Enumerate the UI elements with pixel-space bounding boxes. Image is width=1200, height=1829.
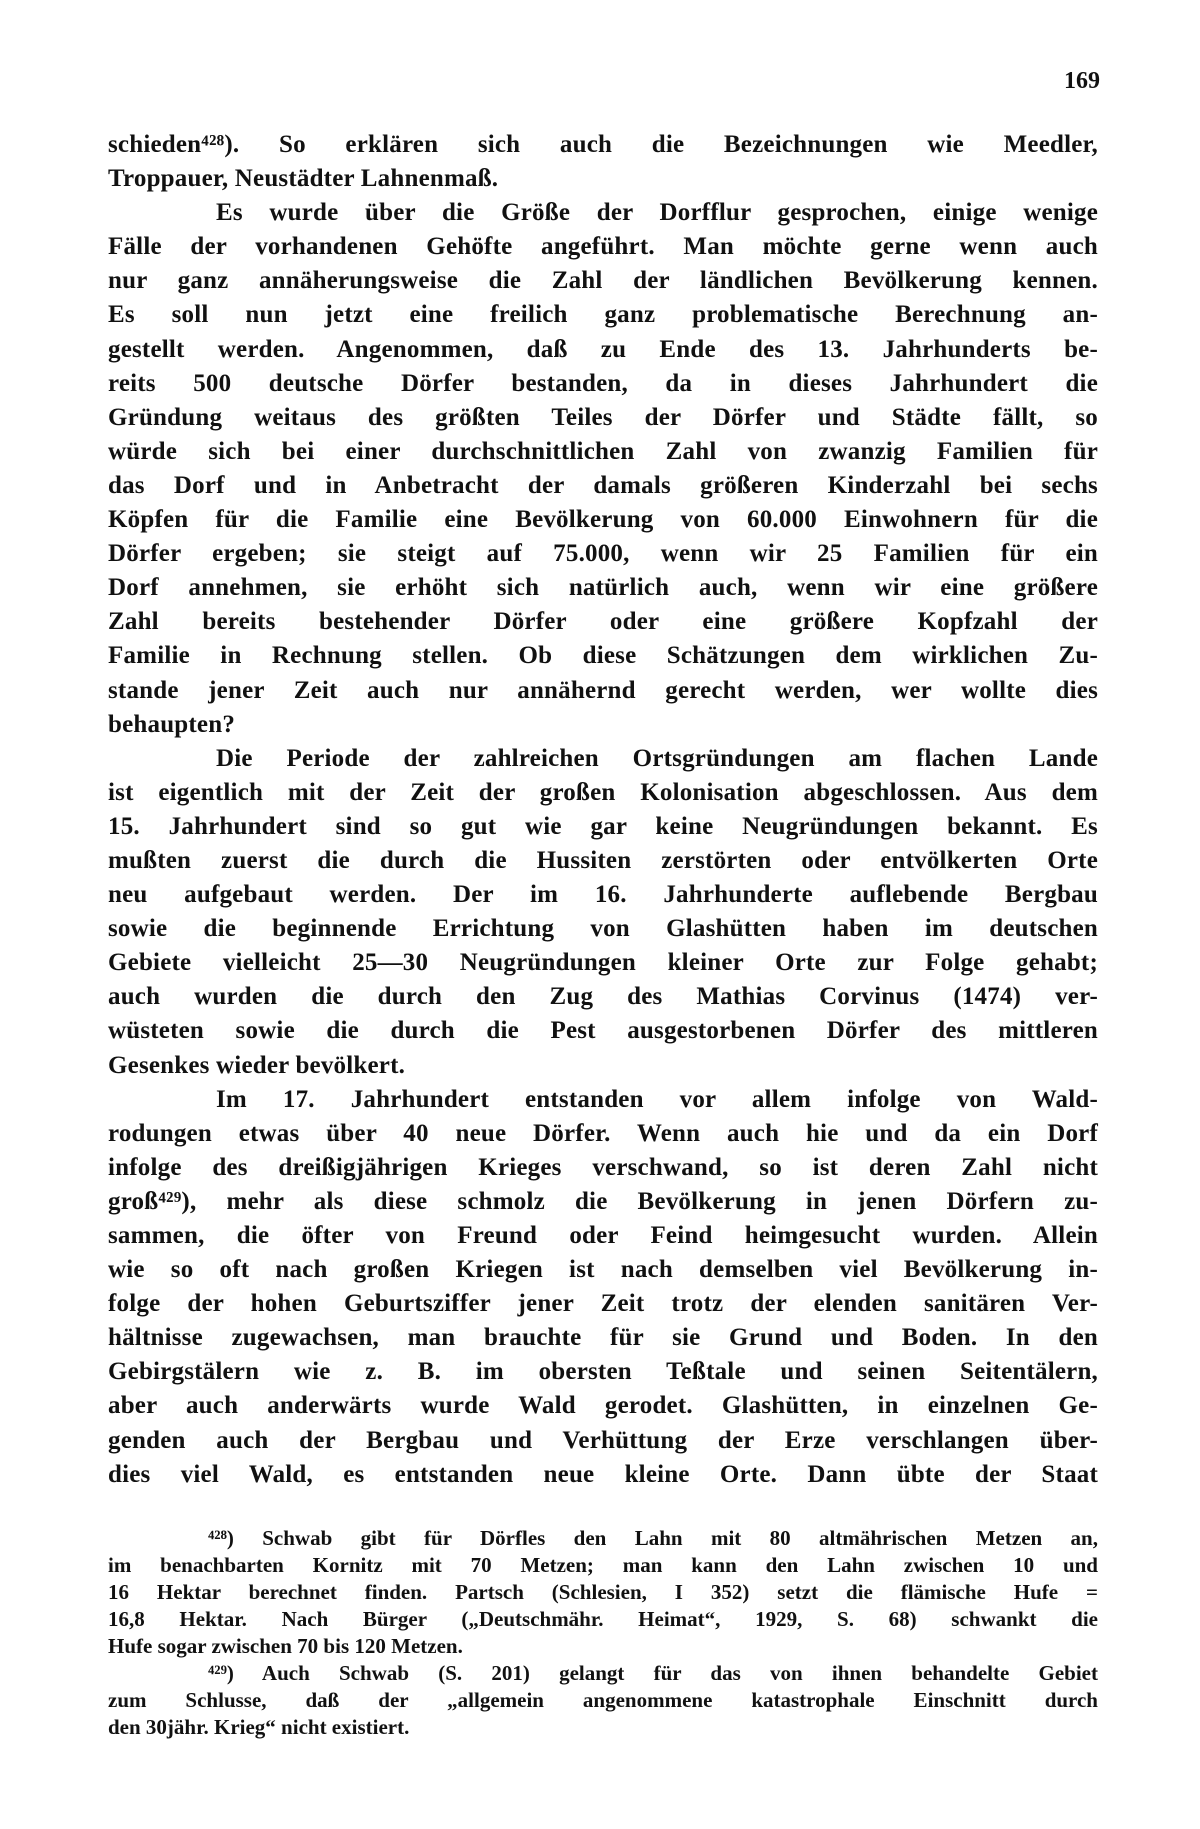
text-line: rodungen etwas über 40 neue Dörfer. Wenn… xyxy=(108,1117,1098,1151)
footnote-line: Hufe sogar zwischen 70 bis 120 Metzen. xyxy=(108,1633,1098,1660)
text-line: wüsteten sowie die durch die Pest ausges… xyxy=(108,1014,1098,1048)
text-line: Zahl bereits bestehender Dörfer oder ein… xyxy=(108,605,1098,639)
footnote-line: 16 Hektar berechnet finden. Partsch (Sch… xyxy=(108,1579,1098,1606)
text-line: genden auch der Bergbau und Verhüttung d… xyxy=(108,1424,1098,1458)
text-line: reits 500 deutsche Dörfer bestanden, da … xyxy=(108,367,1098,401)
footnote-line: ⁴²⁸) Schwab gibt für Dörfles den Lahn mi… xyxy=(108,1525,1098,1552)
footnote-line: zum Schlusse, daß der „allgemein angenom… xyxy=(108,1687,1098,1714)
text-line: Es soll nun jetzt eine freilich ganz pro… xyxy=(108,298,1098,332)
text-line: ist eigentlich mit der Zeit der großen K… xyxy=(108,776,1098,810)
text-line: Köpfen für die Familie eine Bevölkerung … xyxy=(108,503,1098,537)
text-line: das Dorf und in Anbetracht der damals gr… xyxy=(108,469,1098,503)
text-line: Gründung weitaus des größten Teiles der … xyxy=(108,401,1098,435)
footnotes: ⁴²⁸) Schwab gibt für Dörfles den Lahn mi… xyxy=(108,1525,1098,1741)
text-line: Dorf annehmen, sie erhöht sich natürlich… xyxy=(108,571,1098,605)
footnote-428: ⁴²⁸) Schwab gibt für Dörfles den Lahn mi… xyxy=(108,1525,1098,1660)
text-line: schieden⁴²⁸). So erklären sich auch die … xyxy=(108,128,1098,162)
text-line: Die Periode der zahlreichen Ortsgründung… xyxy=(108,742,1098,776)
text-line: folge der hohen Geburtsziffer jener Zeit… xyxy=(108,1287,1098,1321)
text-line: hältnisse zugewachsen, man brauchte für … xyxy=(108,1321,1098,1355)
paragraph: Es wurde über die Größe der Dorfflur ges… xyxy=(108,196,1098,742)
text-line: Es wurde über die Größe der Dorfflur ges… xyxy=(108,196,1098,230)
text-line: infolge des dreißigjährigen Krieges vers… xyxy=(108,1151,1098,1185)
text-line: 15. Jahrhundert sind so gut wie gar kein… xyxy=(108,810,1098,844)
text-line: mußten zuerst die durch die Hussiten zer… xyxy=(108,844,1098,878)
text-line: Troppauer, Neustädter Lahnenmaß. xyxy=(108,162,1098,196)
paragraph: Die Periode der zahlreichen Ortsgründung… xyxy=(108,742,1098,1083)
text-line: stande jener Zeit auch nur annähernd ger… xyxy=(108,674,1098,708)
footnote-line: den 30jähr. Krieg“ nicht existiert. xyxy=(108,1714,1098,1741)
text-line: Dörfer ergeben; sie steigt auf 75.000, w… xyxy=(108,537,1098,571)
text-line: sammen, die öfter von Freund oder Feind … xyxy=(108,1219,1098,1253)
text-line: behaupten? xyxy=(108,708,1098,742)
text-line: Gesenkes wieder bevölkert. xyxy=(108,1049,1098,1083)
text-line: gestellt werden. Angenommen, daß zu Ende… xyxy=(108,333,1098,367)
paragraph: schieden⁴²⁸). So erklären sich auch die … xyxy=(108,128,1098,196)
text-line: Im 17. Jahrhundert entstanden vor allem … xyxy=(108,1083,1098,1117)
text-line: Familie in Rechnung stellen. Ob diese Sc… xyxy=(108,639,1098,673)
text-line: dies viel Wald, es entstanden neue klein… xyxy=(108,1458,1098,1492)
text-line: sowie die beginnende Errichtung von Glas… xyxy=(108,912,1098,946)
page-number: 169 xyxy=(1064,68,1100,95)
text-line: Fälle der vorhandenen Gehöfte angeführt.… xyxy=(108,230,1098,264)
paragraph: Im 17. Jahrhundert entstanden vor allem … xyxy=(108,1083,1098,1492)
text-line: neu aufgebaut werden. Der im 16. Jahrhun… xyxy=(108,878,1098,912)
footnote-429: ⁴²⁹) Auch Schwab (S. 201) gelangt für da… xyxy=(108,1660,1098,1741)
text-line: wie so oft nach großen Kriegen ist nach … xyxy=(108,1253,1098,1287)
body-text: schieden⁴²⁸). So erklären sich auch die … xyxy=(108,128,1098,1492)
text-line: Gebirgstälern wie z. B. im obersten Teßt… xyxy=(108,1355,1098,1389)
text-line: nur ganz annäherungsweise die Zahl der l… xyxy=(108,264,1098,298)
footnote-line: 16,8 Hektar. Nach Bürger („Deutschmähr. … xyxy=(108,1606,1098,1633)
text-line: auch wurden die durch den Zug des Mathia… xyxy=(108,980,1098,1014)
text-line: aber auch anderwärts wurde Wald gerodet.… xyxy=(108,1389,1098,1423)
footnote-line: ⁴²⁹) Auch Schwab (S. 201) gelangt für da… xyxy=(108,1660,1098,1687)
text-line: Gebiete vielleicht 25—30 Neugründungen k… xyxy=(108,946,1098,980)
text-line: groß⁴²⁹), mehr als diese schmolz die Bev… xyxy=(108,1185,1098,1219)
text-line: würde sich bei einer durchschnittlichen … xyxy=(108,435,1098,469)
footnote-line: im benachbarten Kornitz mit 70 Metzen; m… xyxy=(108,1552,1098,1579)
